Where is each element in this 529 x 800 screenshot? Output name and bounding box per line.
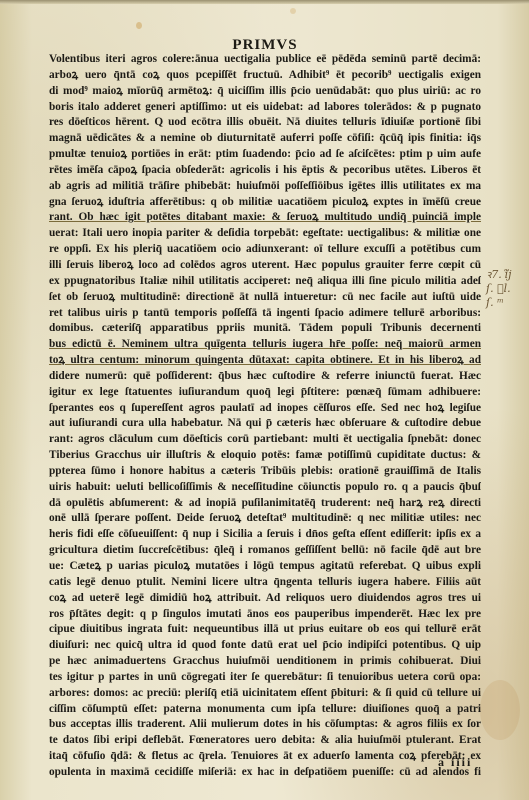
text-line: heris fidi eſſe cōſueuiſſent: q̄ nup i S…: [49, 527, 481, 543]
text-line: res dōeſticos hērent. Q uod ecōtra illis…: [49, 115, 481, 131]
text-line: ex ppugnatoribus Italiæ nihil utilitatis…: [49, 274, 481, 290]
text-line: Volentibus iteri agros colere:ānua uecti…: [49, 52, 481, 68]
text-line: igitur ex lege ſtatuentes iuſiurandum qu…: [49, 385, 481, 401]
text-line-underlined: toꝝ ultra centum: minorum quingenta dūta…: [49, 353, 481, 369]
text-line-underlined: bus edictū ē. Neminem ultra quīgenta tel…: [49, 337, 481, 353]
text-line: ppterea ſūmo i honore habitus a cæteris …: [49, 464, 481, 480]
text-line: gricultura dietim ſuccreſcētibus: q̄leq̄…: [49, 543, 481, 559]
text-line: domibus. cæteriſq̄ apparatibus ppriis mu…: [49, 321, 481, 337]
foxing-stain: [290, 8, 296, 14]
text-line: rētes imēſa cāpoꝝ ſpacia obſederāt: agri…: [49, 163, 481, 179]
text-line: itaq̄ cōfuſio q̄dā: & fletus ac q̄rela. …: [49, 749, 481, 765]
text-line: magnā uēdicātes & a nemine ob diuturnita…: [49, 131, 481, 147]
book-page: PRIMVS Volentibus iteri agros colere:ānu…: [0, 0, 529, 800]
signature-mark: a iiii: [438, 755, 472, 770]
water-stain: [480, 680, 520, 740]
text-line: coꝝ ad ueterē legē dimidiū hoꝝ attribuit…: [49, 591, 481, 607]
text-line: te datos ſibi eripi deflebāt. Fœneratore…: [49, 733, 481, 749]
text-line: ret talibus uiris p tantū temporis poſſe…: [49, 306, 481, 322]
marginal-note-line: ſ. ᷑l.: [486, 282, 528, 296]
text-line: pmultæ tenuioꝝ portiōes in erāt: ptim ſu…: [49, 147, 481, 163]
text-line: ciſſim cōſumptū eſſet: paterna monumenta…: [49, 702, 481, 718]
text-line: arboꝝ uero q̄ntā coꝝ quos pcepiſſēt fruc…: [49, 68, 481, 84]
text-line: illi ſeruis liberoꝝ loco ad colēdos agro…: [49, 258, 481, 274]
text-line: pe hæc animaduertens Gracchus huiuſmōi u…: [49, 654, 481, 670]
text-line: cipue diuitibus ingrata fuit: nequeuntib…: [49, 622, 481, 638]
text-line: arbores: domos: ac preciū: pleriſq̄ etiā…: [49, 686, 481, 702]
page-top-edge: [0, 0, 529, 4]
text-line: uiris habuit: ueluti bellicoſiſſimis & n…: [49, 480, 481, 496]
text-line: Tiberius Gracchus uir illuſtris & eloqui…: [49, 448, 481, 464]
text-line: tes igitur p partes in unū cōgregati ite…: [49, 670, 481, 686]
text-line: bus acceptas illis traderent. Alii mulie…: [49, 717, 481, 733]
text-line: aut iuſiurandi cura ulla habebatur. Nā q…: [49, 416, 481, 432]
text-line: ros p̄ſtātes degit: q p ſingulos imutati…: [49, 607, 481, 623]
text-line: dā opulētis abſumerent: & ad inopiā puſi…: [49, 496, 481, 512]
text-line: ſet ob ſeruoꝝ multitudinē: directionē āt…: [49, 290, 481, 306]
text-line: gna ſeruoꝝ iduſtria afferētibus: q ob mi…: [49, 195, 481, 211]
text-line: opulenta in maximā cecidiſſe miſeriā: ex…: [49, 765, 481, 781]
text-line: onē ullā ſperare poſſent. Deide ſeruoꝝ d…: [49, 511, 481, 527]
text-line: uerat: Itali uero inopia pariter & deſid…: [49, 226, 481, 242]
text-line: di mod⁹ maioꝝ mīorūq̄ armētoꝝ: q̄ uiciſſ…: [49, 84, 481, 100]
body-text: Volentibus iteri agros colere:ānua uecti…: [49, 52, 481, 781]
text-line: ſperantes eos q ſupereſſent agros paulat…: [49, 401, 481, 417]
text-line: ab agris ad militiā trāſire phibebāt: hu…: [49, 179, 481, 195]
marginal-note-line: ſ. ᵐ: [486, 296, 528, 310]
text-line: ue: Cæteꝝ p uarias piculoꝝ mutatōes i lō…: [49, 559, 481, 575]
marginal-note-line: ꝛ7. ᷑ij: [486, 268, 528, 282]
text-line: rant: agros clāculum cum dōeſticis corū …: [49, 432, 481, 448]
text-line: re oppſi. Ex his pleriq̄ uacatiōem ocio …: [49, 242, 481, 258]
foxing-stain: [136, 22, 142, 29]
text-line: boris italo adderet generi aptiſſimo: ut…: [49, 100, 481, 116]
text-line: catis legē denuo ptulit. Nemini licere u…: [49, 575, 481, 591]
text-line-underlined: rant. Ob hæc igit potētes ditabant maxie…: [49, 210, 481, 226]
text-line: didere numerū: quē poſſiderent: q̄bus hæ…: [49, 369, 481, 385]
handwritten-marginal-note: ꝛ7. ᷑ij ſ. ᷑l. ſ. ᵐ: [486, 268, 528, 316]
text-line: diuiſuri: nec quicq̄ ultra id quod fonte…: [49, 638, 481, 654]
